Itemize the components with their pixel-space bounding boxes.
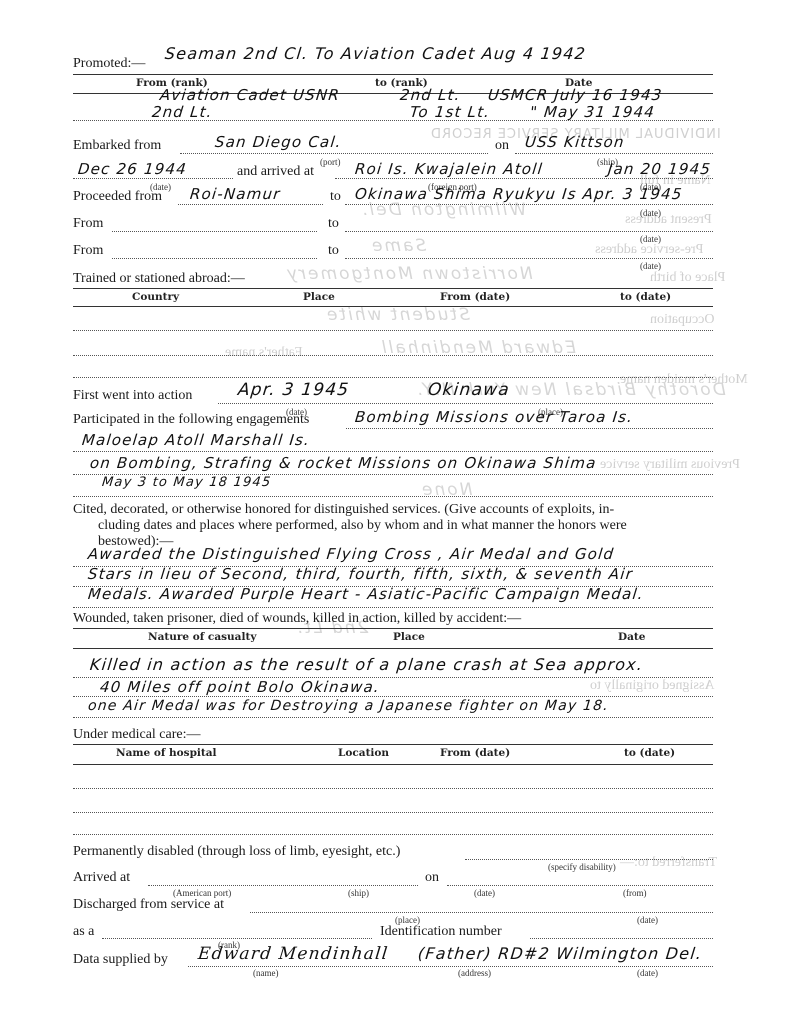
promoted-label: Promoted:—: [73, 56, 145, 72]
bleed-through-label: Present address: [625, 212, 712, 228]
name-caption: (name): [253, 968, 278, 978]
cited-label-line-1: Cited, decorated, or otherwise honored f…: [73, 502, 614, 518]
col-from-date: From (date): [440, 747, 510, 759]
date-caption: (date): [640, 208, 661, 218]
disability-field[interactable]: [465, 859, 713, 860]
from-label: From: [73, 216, 103, 232]
promoted-row-1-from[interactable]: Aviation Cadet USNR: [159, 86, 341, 104]
embarked-date[interactable]: Dec 26 1944: [77, 160, 188, 178]
citation-line[interactable]: Medals. Awarded Purple Heart - Asiatic-P…: [87, 585, 645, 603]
first-action-date[interactable]: Apr. 3 1945: [237, 380, 350, 400]
promoted-row-2-to[interactable]: To 1st Lt.: [409, 103, 491, 121]
bleed-through-label: Assigned originally to: [590, 678, 714, 694]
medical-row[interactable]: [73, 834, 713, 835]
supplied-by-name[interactable]: Edward Mendinhall: [197, 944, 390, 964]
discharged-field[interactable]: [250, 912, 713, 913]
port-caption: (port): [320, 157, 341, 167]
proceeded-to[interactable]: Okinawa Shima Ryukyu Is Apr. 3 1945: [354, 185, 684, 203]
promoted-value[interactable]: Seaman 2nd Cl. To Aviation Cadet Aug 4 1…: [164, 44, 587, 63]
citation-line[interactable]: Stars in lieu of Second, third, fourth, …: [87, 565, 634, 583]
arrived-port-field[interactable]: [148, 885, 418, 886]
promoted-row-1-to[interactable]: 2nd Lt.: [399, 86, 462, 104]
to-label: to: [328, 216, 339, 232]
arrived-on-label: on: [425, 870, 439, 886]
col-place: Place: [303, 291, 335, 303]
from-field[interactable]: [112, 231, 317, 232]
citation-line[interactable]: Awarded the Distinguished Flying Cross ,…: [87, 545, 615, 563]
bleed-through-label: Occupation: [650, 312, 715, 328]
date-caption: (date): [640, 234, 661, 244]
trained-abroad-label: Trained or stationed abroad:—: [73, 271, 245, 287]
date-caption: (date): [474, 888, 495, 898]
service-record-page: INDIVIDUAL MILITARY SERVICE RECORD Name …: [0, 0, 786, 1024]
casualty-label: Wounded, taken prisoner, died of wounds,…: [73, 611, 521, 627]
from-caption: (from): [623, 888, 647, 898]
disabled-label: Permanently disabled (through loss of li…: [73, 844, 400, 860]
supplied-by-address[interactable]: (Father) RD#2 Wilmington Del.: [417, 944, 703, 963]
bleed-through-handwriting: Norristown Montgomery: [285, 264, 533, 284]
arrived-at-label: and arrived at: [237, 164, 314, 180]
first-action-label: First went into action: [73, 388, 192, 404]
identification-number-label: Identification number: [380, 924, 502, 940]
to-field[interactable]: [345, 258, 713, 259]
disability-caption: (specify disability): [548, 862, 616, 872]
arrived-date[interactable]: Jan 20 1945: [607, 160, 712, 178]
arrived-foreign-port[interactable]: Roi Is. Kwajalein Atoll: [354, 160, 544, 178]
bleed-through-label: Previous military service: [600, 457, 740, 473]
discharged-label: Discharged from service at: [73, 897, 224, 913]
data-supplied-label: Data supplied by: [73, 952, 168, 968]
embarked-on-label: on: [495, 138, 509, 154]
promoted-row-2-from[interactable]: 2nd Lt.: [151, 103, 214, 121]
proceeded-label: Proceeded from: [73, 189, 162, 205]
medical-care-label: Under medical care:—: [73, 727, 201, 743]
embarked-label: Embarked from: [73, 138, 161, 154]
col-place: Place: [393, 631, 425, 643]
engagement-line[interactable]: May 3 to May 18 1945: [101, 475, 272, 490]
proceeded-to-label: to: [330, 189, 341, 205]
engagements-label: Participated in the following engagement…: [73, 412, 309, 428]
ship-caption: (ship): [348, 888, 369, 898]
date-caption: (date): [637, 968, 658, 978]
arrived-at-label: Arrived at: [73, 870, 130, 886]
from-field[interactable]: [112, 258, 317, 259]
as-a-label: as a: [73, 924, 94, 940]
col-hospital: Name of hospital: [116, 747, 217, 759]
engagement-line[interactable]: Maloelap Atoll Marshall Is.: [81, 431, 311, 449]
engagement-line[interactable]: on Bombing, Strafing & rocket Missions o…: [89, 454, 598, 472]
rank-field[interactable]: [102, 938, 372, 939]
bleed-through-label: Pre-service address: [595, 242, 703, 258]
col-from-date: From (date): [440, 291, 510, 303]
bleed-through-handwriting: Student white: [325, 305, 470, 325]
casualty-line[interactable]: 40 Miles off point Bolo Okinawa.: [99, 678, 381, 696]
promoted-row-1-date[interactable]: USMCR July 16 1943: [487, 86, 663, 104]
casualty-line[interactable]: one Air Medal was for Destroying a Japan…: [87, 698, 610, 714]
first-action-place[interactable]: Okinawa: [427, 380, 511, 400]
bleed-through-handwriting: Same: [370, 236, 426, 256]
bleed-through-label: Place of birth: [650, 270, 725, 286]
address-caption: (address): [458, 968, 491, 978]
col-to-date: to (date): [624, 747, 675, 759]
cited-label-line-2: cluding dates and places where performed…: [98, 518, 627, 534]
bleed-through-handwriting: Wilmington Del.: [360, 200, 526, 220]
col-location: Location: [338, 747, 389, 759]
identification-number-field[interactable]: [530, 938, 713, 939]
medical-row[interactable]: [73, 812, 713, 813]
col-country: Country: [132, 291, 179, 303]
proceeded-from[interactable]: Roi-Namur: [189, 185, 282, 203]
arrived-date-field[interactable]: [447, 885, 713, 886]
col-to-date: to (date): [620, 291, 671, 303]
to-label: to: [328, 243, 339, 259]
engagement-line[interactable]: Bombing Missions over Taroa Is.: [354, 408, 634, 426]
from-label: From: [73, 243, 103, 259]
date-caption: (date): [640, 261, 661, 271]
date-caption: (date): [637, 915, 658, 925]
embarked-port[interactable]: San Diego Cal.: [214, 133, 343, 151]
bleed-through-label: Father's name: [225, 345, 303, 361]
medical-row[interactable]: [73, 788, 713, 789]
casualty-line[interactable]: Killed in action as the result of a plan…: [89, 655, 644, 674]
bleed-through-handwriting: None: [420, 480, 472, 500]
col-nature-of-casualty: Nature of casualty: [148, 631, 256, 643]
bleed-through-label: Transferred to:—: [620, 855, 717, 871]
col-date: Date: [618, 631, 645, 643]
embarked-ship[interactable]: USS Kittson: [524, 133, 626, 151]
promoted-row-2-date[interactable]: " May 31 1944: [529, 103, 656, 121]
to-field[interactable]: [345, 231, 713, 232]
